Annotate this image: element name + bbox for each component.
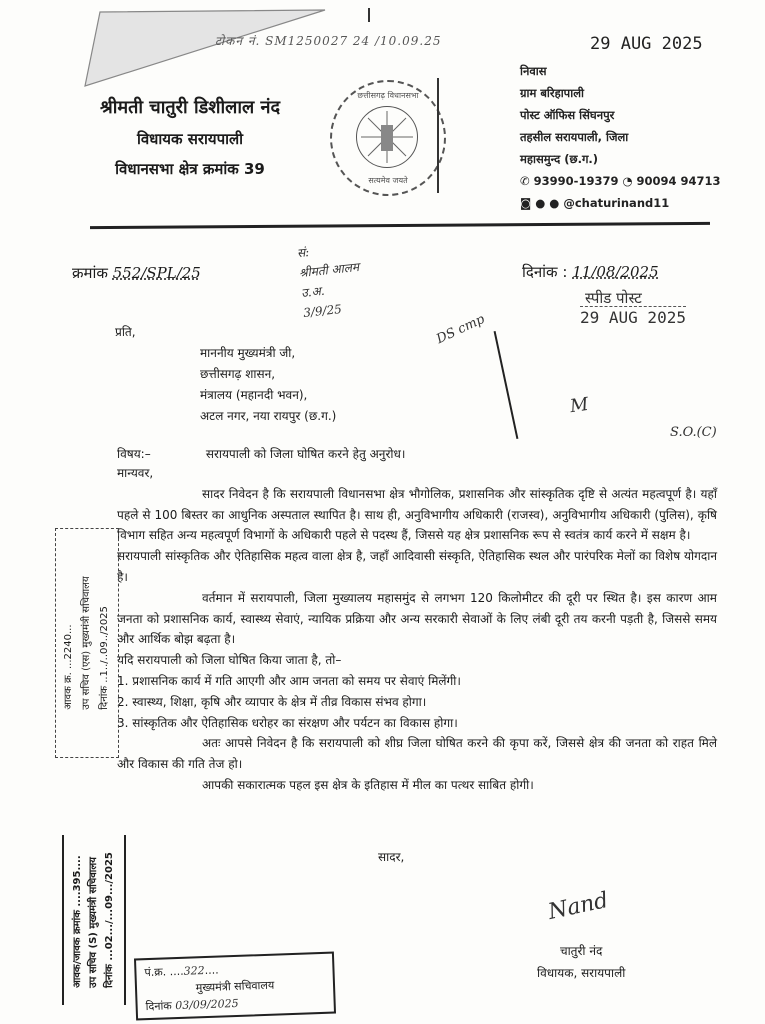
constituency: विधानसभा क्षेत्र क्रमांक 39 xyxy=(90,159,290,179)
header-divider xyxy=(437,78,439,193)
section-officer-note: S.O.(C) xyxy=(670,425,717,440)
letterhead-rule xyxy=(90,222,710,229)
pen-stroke xyxy=(494,331,519,439)
twitter-icon: ● xyxy=(549,196,559,210)
mla-designation: विधायक सरायपाली xyxy=(90,129,290,149)
whatsapp-icon: ◔ xyxy=(622,174,632,188)
letter-body: मान्यवर, सादर निवेदन है कि सरायपाली विधा… xyxy=(117,463,717,796)
recipient-block: प्रति, माननीय मुख्यमंत्री जी, छत्तीसगढ़ … xyxy=(115,322,336,427)
assembly-seal-icon: छत्तीसगढ़ विधानसभा सत्यमेव जयते xyxy=(330,80,446,196)
signatory: चातुरी नंद विधायक, सरायपाली xyxy=(537,940,625,984)
social-media: ◙ ● ● @chaturinand11 xyxy=(520,192,721,214)
secretary-stamp: आवक/जावक क्रमांक ....395.... उप सचिव (S)… xyxy=(62,835,126,1005)
contact-phones: ✆ 93990-19379 ◔ 90094 94713 xyxy=(520,170,721,192)
letter-date: दिनांक : 11/08/2025 xyxy=(522,262,659,282)
subject-line: विषय:– सरायपाली को जिला घोषित करने हेतु … xyxy=(117,445,405,462)
emblem-wheel-icon xyxy=(356,106,418,168)
letter-number: क्रमांक 552/SPL/25 xyxy=(72,263,201,283)
mla-name: श्रीमती चातुरी डिशीलाल नंद xyxy=(90,95,290,119)
cm-secretariat-stamp: पं.क्र. ....322.... मुख्यमंत्री सचिवालय … xyxy=(134,952,336,1021)
phone-icon: ✆ xyxy=(520,174,530,188)
handwritten-note: सं: श्रीमती आलम उ.अ. 3/9/25 xyxy=(296,237,364,323)
letterhead-name-block: श्रीमती चातुरी डिशीलाल नंद विधायक सरायपा… xyxy=(90,95,290,179)
margin-note: DS cmp xyxy=(434,312,487,347)
residence-address: निवास ग्राम बरिहापाली पोस्ट ऑफिस सिंघनपु… xyxy=(520,60,721,214)
speed-post-date: 29 AUG 2025 xyxy=(580,306,686,327)
receipt-date-stamp: 29 AUG 2025 xyxy=(590,34,703,54)
speed-post-label: स्पीड पोस्ट xyxy=(585,288,642,308)
initials: M xyxy=(569,394,590,417)
closing: सादर, xyxy=(378,848,404,865)
mark xyxy=(368,8,370,22)
token-reference: टोकन नं. SM1250027 24 /10.09.25 xyxy=(215,32,441,49)
facebook-icon: ● xyxy=(535,196,545,210)
inward-stamp: आवक क्र. ...2240... उप सचिव (एस) मुख्यमं… xyxy=(55,528,119,758)
signature: Nand xyxy=(546,888,610,925)
instagram-icon: ◙ xyxy=(520,196,531,210)
